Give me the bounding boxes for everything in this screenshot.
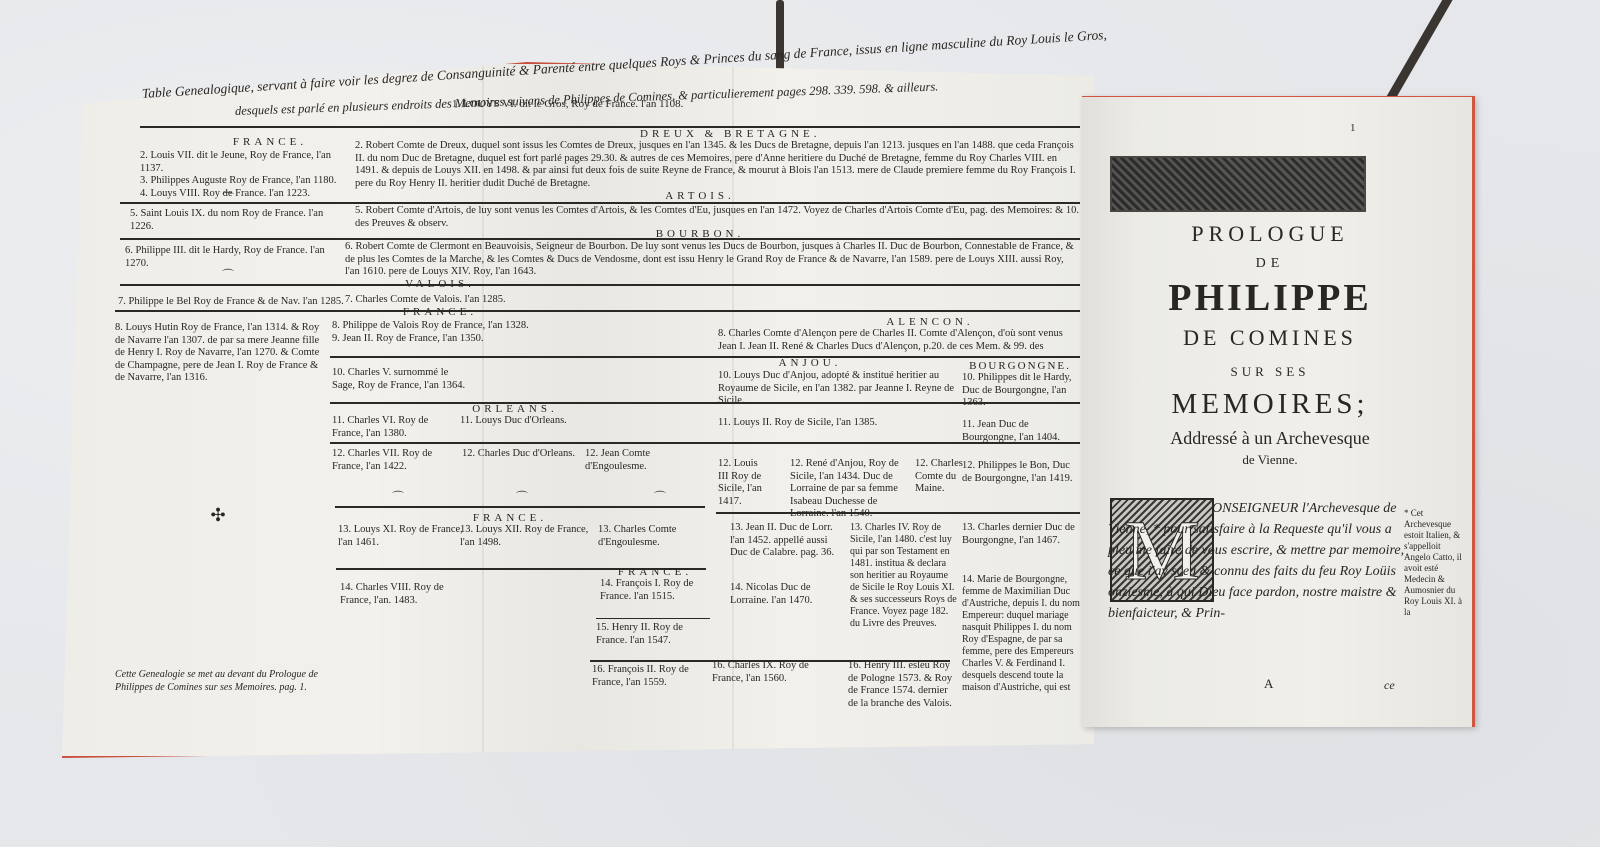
root-entry: 1. LOUYS VI. dit le Gros, Roy de France.… <box>452 98 832 111</box>
row-divider <box>330 356 1080 358</box>
entry-12-bourgogne: 12. Philippes le Bon, Duc de Bourgongne,… <box>962 460 1080 485</box>
entry-12-maine: 12. Charles Comte du Maine. <box>915 458 965 496</box>
entry-11-orleans: 11. Louys Duc d'Orleans. <box>460 415 620 428</box>
section-france-angouleme: FRANCE. <box>600 566 710 578</box>
entry-11-bourgogne: 11. Jean Duc de Bourgongne, l'an 1404. <box>962 419 1080 444</box>
entry-13-bourgogne: 13. Charles dernier Duc de Bourgongne, l… <box>962 522 1080 547</box>
entry-artois: 5. Robert Comte d'Artois, de luy sont ve… <box>355 205 1080 230</box>
entry-13-louis-xi: 13. Louys XI. Roy de France, l'an 1461. <box>338 524 463 549</box>
catchword: ce <box>1384 678 1395 693</box>
title-sur-ses: SUR SES <box>1100 364 1440 380</box>
page-number: 1 <box>1350 122 1356 134</box>
section-anjou: ANJOU. <box>750 357 870 369</box>
row-divider <box>140 126 1080 128</box>
entry-6: 6. Philippe III. dit le Hardy, Roy de Fr… <box>125 245 345 270</box>
section-orleans: ORLEANS. <box>455 403 575 415</box>
section-france: FRANCE. <box>210 136 330 148</box>
entry-14-charles-viii: 14. Charles VIII. Roy de France, l'an. 1… <box>340 582 460 607</box>
entry-13-lorraine: 13. Jean II. Duc de Lorr. l'an 1452. app… <box>730 522 845 560</box>
margin-note: * Cet Archevesque estoit Italien, & s'ap… <box>1404 508 1466 618</box>
title-de-vienne: de Vienne. <box>1100 452 1440 468</box>
signature-mark: A <box>1264 676 1273 692</box>
entry-2: 2. Louis VII. dit le Jeune, Roy de Franc… <box>140 150 350 200</box>
entry-11-charles-vi: 11. Charles VI. Roy de France, l'an 1380… <box>332 415 452 440</box>
entry-7: 7. Philippe le Bel Roy de France & de Na… <box>118 296 348 309</box>
display-rod <box>776 0 784 76</box>
row-divider <box>716 512 1080 514</box>
title-addresse: Addressé à un Archevesque <box>1100 428 1440 449</box>
entry-dreux: 2. Robert Comte de Dreux, duquel sont is… <box>355 140 1080 190</box>
entry-12-charles-vii: 12. Charles VII. Roy de France, l'an 142… <box>332 448 452 473</box>
descent-brace-icon: ⌒ <box>388 492 408 502</box>
row-divider <box>330 402 1080 404</box>
section-bourgogne: BOURGONGNE. <box>960 360 1080 372</box>
entry-alencon: 8. Charles Comte d'Alençon pere de Charl… <box>718 328 1080 354</box>
entry-14-francois-i: 14. François I. Roy de France. l'an 1515… <box>600 578 710 603</box>
row-divider <box>120 202 1080 204</box>
row-divider <box>335 506 705 508</box>
entry-16-charles-ix: 16. Charles IX. Roy de France, l'an 1560… <box>712 660 832 685</box>
entry-valois: 7. Charles Comte de Valois. l'an 1285. <box>345 294 645 307</box>
cross-ornament-icon: ✣ <box>198 508 238 522</box>
entry-10-charles-v: 10. Charles V. surnommé le Sage, Roy de … <box>332 367 472 392</box>
prologue-body-text: ONSEIGNEUR l'Archevesque de Vienne, * po… <box>1108 498 1408 624</box>
descent-brace-icon: ⌒ <box>650 492 670 502</box>
entry-8-hutin: 8. Louys Hutin Roy de France, l'an 1314.… <box>115 322 325 385</box>
row-divider <box>120 284 1080 286</box>
entry-13-louis-xii: 13. Louys XII. Roy de France, l'an 1498. <box>460 524 590 549</box>
headpiece-ornament-icon <box>1110 156 1366 212</box>
entry-16-francois-ii: 16. François II. Roy de France, l'an 155… <box>592 664 700 689</box>
title-philippe: PHILIPPE <box>1100 276 1440 320</box>
section-alencon: ALENCON. <box>870 316 990 328</box>
entry-14-lorraine: 14. Nicolas Duc de Lorraine. l'an 1470. <box>730 582 845 607</box>
entry-14-bourgogne: 14. Marie de Bourgongne, femme de Maximi… <box>962 574 1080 694</box>
section-artois: ARTOIS. <box>640 190 760 202</box>
entry-8-valois: 8. Philippe de Valois Roy de France, l'a… <box>332 320 692 345</box>
section-dreux-bretagne: DREUX & BRETAGNE. <box>640 128 800 140</box>
entry-13-sicile: 13. Charles IV. Roy de Sicile, l'an 1480… <box>850 522 958 630</box>
title-de-comines: DE COMINES <box>1100 325 1440 351</box>
section-valois: VALOIS. <box>380 278 500 290</box>
section-france-valois: FRANCE. <box>380 306 500 318</box>
entry-bourbon: 6. Robert Comte de Clermont en Beauvoisi… <box>345 241 1080 279</box>
entry-12-angouleme: 12. Jean Comte d'Engoulesme. <box>585 448 710 473</box>
entry-11-anjou: 11. Louys II. Roy de Sicile, l'an 1385. <box>718 417 958 430</box>
section-bourbon: BOURBON. <box>640 228 760 240</box>
title-prologue: PROLOGUE <box>1100 221 1440 247</box>
descent-brace-icon: ⌒ <box>218 270 238 280</box>
entry-5: 5. Saint Louis IX. du nom Roy de France.… <box>130 208 340 233</box>
entry-13-angouleme: 13. Charles Comte d'Engoulesme. <box>598 524 708 549</box>
title-de: DE <box>1100 256 1440 272</box>
row-divider <box>330 442 1080 444</box>
title-memoires: MEMOIRES; <box>1100 388 1440 421</box>
table-footnote: Cette Genealogie se met au devant du Pro… <box>115 668 345 694</box>
entry-16-henry-iii: 16. Henry III. esleu Roy de Pologne 1573… <box>848 660 958 710</box>
entry-12-louis-iii: 12. Louis III Roy de Sicile, l'an 1417. <box>718 458 768 508</box>
entry-15-henry-ii: 15. Henry II. Roy de France. l'an 1547. <box>596 622 710 647</box>
section-france-orleans: FRANCE. <box>450 512 570 524</box>
row-divider <box>120 238 1080 240</box>
entry-12-orleans: 12. Charles Duc d'Orleans. <box>462 448 582 461</box>
descent-brace-icon: ⌒ <box>512 492 532 502</box>
row-divider <box>596 618 710 619</box>
row-divider <box>115 310 1080 312</box>
